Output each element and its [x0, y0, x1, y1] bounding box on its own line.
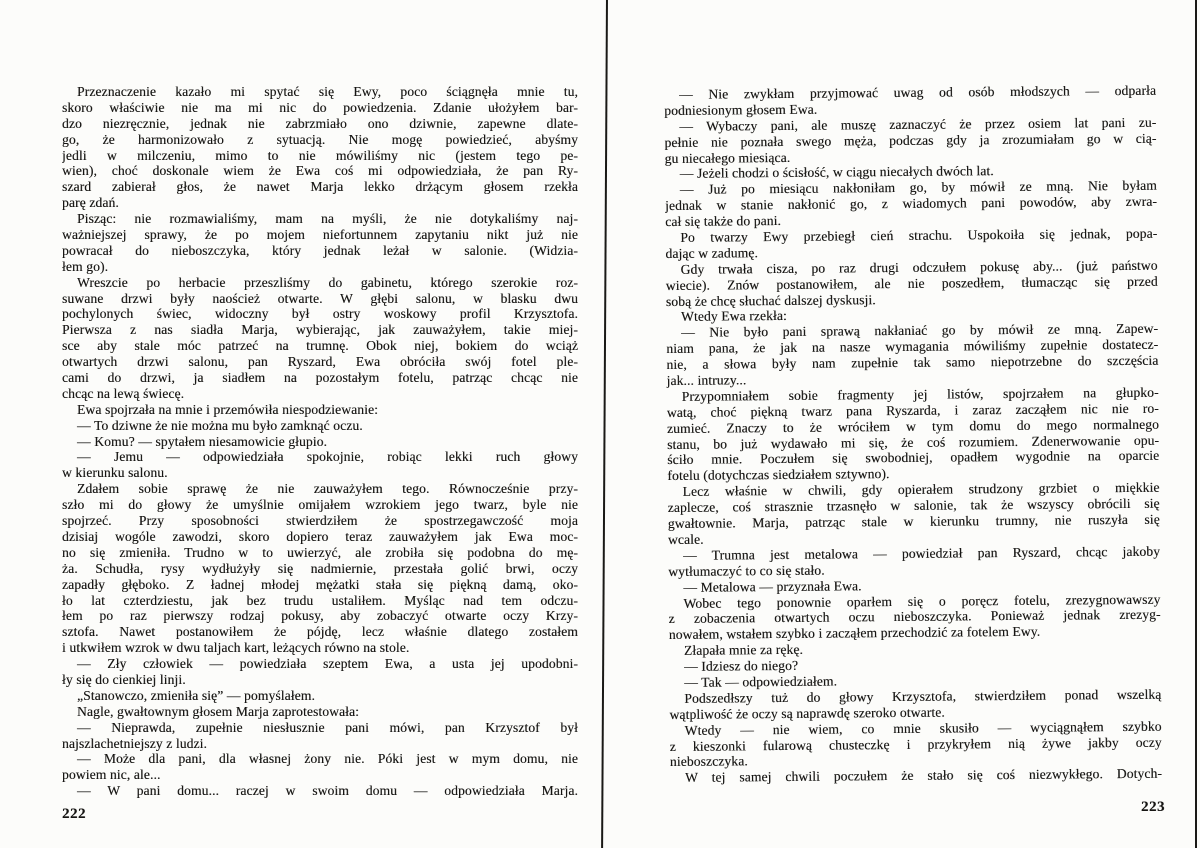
text-line: Przeznaczenie kazało mi spytać się Ewy, …	[62, 84, 578, 100]
text-line: — Zły człowiek — powiedziała szeptem Ewa…	[62, 656, 578, 672]
text-line: Ewa spojrzała na mnie i przemówiła niesp…	[62, 402, 578, 418]
book-spread: Przeznaczenie kazało mi spytać się Ewy, …	[0, 0, 1200, 848]
text-line: cami do drzwi, ja siadłem na pozostałym …	[62, 370, 578, 386]
text-line: Nagle, gwałtownym głosem Marja zaprotest…	[62, 704, 578, 720]
text-line: łem go).	[62, 259, 578, 275]
text-line: powracał do nieboszczyka, który jednak l…	[62, 243, 578, 259]
text-line: go, że harmonizowało z sytuacją. Nie mog…	[62, 132, 578, 148]
text-line: — To dziwne że nie można mu było zamknąć…	[62, 418, 578, 434]
left-page-number: 222	[62, 806, 86, 823]
text-line: sztofa. Nawet postanowiłem że pójdę, lec…	[62, 624, 578, 640]
text-line: otwartych drzwi salonu, pan Ryszard, Ewa…	[62, 354, 578, 370]
text-line: — Może dla pani, dla własnej żony nie. P…	[62, 751, 578, 767]
text-line: chcąc na lewą świecę.	[62, 386, 578, 402]
text-line: — Komu? — spytałem niesamowicie głupio.	[62, 434, 578, 450]
text-line: szard zabierał głos, że nawet Marja lekk…	[62, 179, 578, 195]
text-line: najszlachetniejszy z ludzi.	[62, 736, 578, 752]
text-line: „Stanowczo, zmieniła się” — pomyślałem.	[62, 688, 578, 704]
text-line: pochylonych świec, widoczny był ostry wo…	[62, 306, 578, 322]
text-line: łem po raz pierwszy rodzaj pokusy, aby z…	[62, 608, 578, 624]
text-line: dzo niezręcznie, jednak nie zabrzmiało o…	[62, 116, 578, 132]
text-line: zapadły głęboko. Z ładnej młodej mężatki…	[62, 577, 578, 593]
text-line: jedli w milczeniu, mimo to nie mówiliśmy…	[62, 148, 578, 164]
text-line: szło mi do głowy że umyślnie omijałem wz…	[62, 497, 578, 513]
text-line: skoro właściwie nie ma mi nic do powiedz…	[62, 100, 578, 116]
text-line: ważniejszej sprawy, że po mojem niefortu…	[62, 227, 578, 243]
text-line: — W pani domu... raczej w swoim domu — o…	[62, 783, 578, 799]
left-page-text: Przeznaczenie kazało mi spytać się Ewy, …	[62, 84, 578, 799]
text-line: — Nieprawda, zupełnie niesłusznie pani m…	[62, 720, 578, 736]
right-page-number: 223	[1141, 799, 1165, 816]
text-line: — Jemu — odpowiedziała spokojnie, robiąc…	[62, 449, 578, 465]
text-line: no się zmieniła. Trudno w to uwierzyć, a…	[62, 545, 578, 561]
text-line: i utkwiłem wzrok w dwu taljach kart, leż…	[62, 640, 578, 656]
text-line: W tej samej chwili poczułem że stało się…	[670, 766, 1162, 786]
gutter-line	[601, 0, 608, 848]
text-line: powiem nic, ale...	[62, 767, 578, 783]
text-line: sce aby stale móc patrzeć na trumnę. Obo…	[62, 338, 578, 354]
text-line: parę zdań.	[62, 195, 578, 211]
right-page-text: — Nie zwykłam przyjmować uwag od osób mł…	[664, 83, 1162, 786]
scan-edge-line	[1195, 0, 1197, 848]
text-line: w kierunku salonu.	[62, 465, 578, 481]
text-line: wien), choć doskonale wiem że Ewa coś mi…	[62, 163, 578, 179]
text-line: Pisząc: nie rozmawialiśmy, mam na myśli,…	[62, 211, 578, 227]
text-line: ża. Schudła, rysy wydłużyły się nadmiern…	[62, 561, 578, 577]
text-line: dzisiaj wogóle zawodzi, skoro dopiero te…	[62, 529, 578, 545]
text-line: Pierwsza z nas siadła Marja, wybierając,…	[62, 322, 578, 338]
text-line: spojrzeć. Przy sposobności stwierdziłem …	[62, 513, 578, 529]
text-line: ło lat czterdziestu, jak bez trudu ustal…	[62, 593, 578, 609]
text-line: Wreszcie po herbacie przeszliśmy do gabi…	[62, 275, 578, 291]
text-line: Zdałem sobie sprawę że nie zauważyłem te…	[62, 481, 578, 497]
text-line: suwane drzwi były naoścież otwarte. W gł…	[62, 291, 578, 307]
text-line: ły się do cienkiej linji.	[62, 672, 578, 688]
